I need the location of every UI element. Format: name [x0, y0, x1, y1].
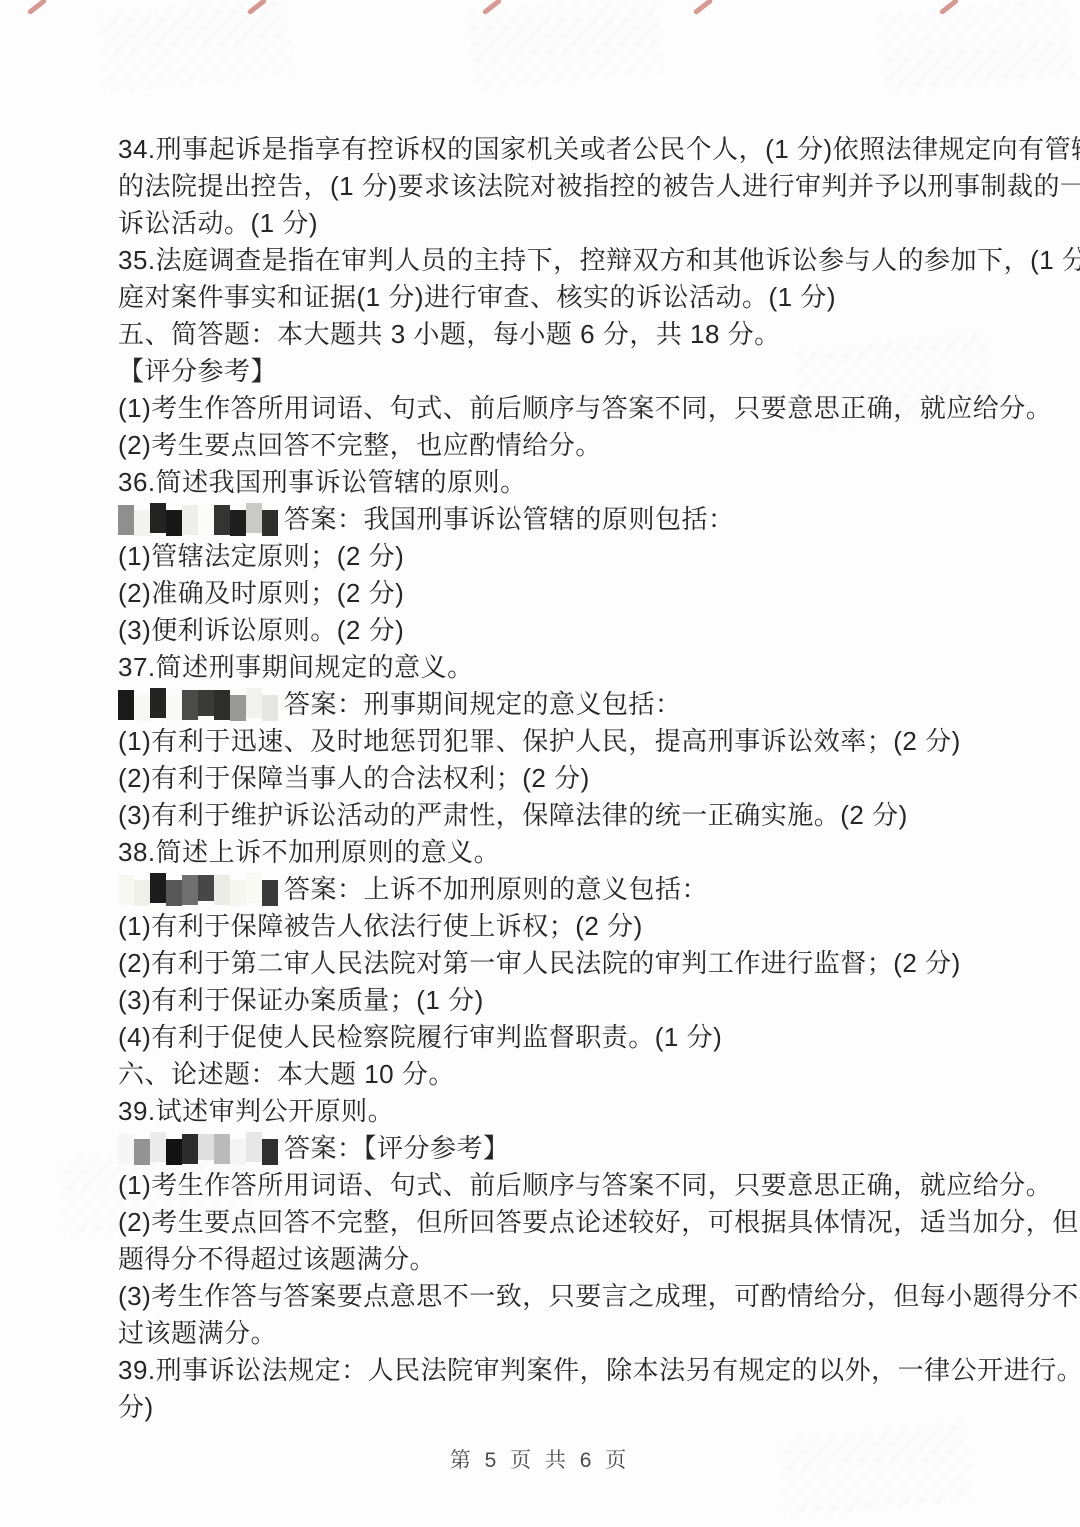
definition-34-line-2: 的法院提出控告，(1 分)要求该法院对被指控的被告人进行审判并予以刑事制裁的一种	[118, 168, 980, 205]
line-text: (3)有利于保证办案质量；(1 分)	[118, 982, 484, 1019]
line-text: 37.简述刑事期间规定的意义。	[118, 649, 474, 686]
line-text: 分)	[118, 1389, 154, 1426]
line-text: 过该题满分。	[118, 1315, 277, 1352]
answer-38-intro: 答案：上诉不加刑原则的意义包括：	[118, 871, 980, 908]
question-36: 36.简述我国刑事诉讼管辖的原则。	[118, 464, 980, 501]
redaction-mosaic	[118, 688, 278, 722]
line-text: 五、简答题：本大题共 3 小题，每小题 6 分，共 18 分。	[118, 316, 781, 353]
line-text: 35.法庭调查是指在审判人员的主持下，控辩双方和其他诉讼参与人的参加下，(1 分…	[118, 242, 1080, 279]
answer-36-intro: 答案：我国刑事诉讼管辖的原则包括：	[118, 501, 980, 538]
answer-38-point-4: (4)有利于促使人民检察院履行审判监督职责。(1 分)	[118, 1019, 980, 1056]
line-text: 答案：刑事期间规定的意义包括：	[284, 686, 682, 723]
line-text: 的法院提出控告，(1 分)要求该法院对被指控的被告人进行审判并予以刑事制裁的一种	[118, 168, 1080, 205]
line-text: 39.试述审判公开原则。	[118, 1093, 394, 1130]
line-text: (2)有利于第二审人民法院对第一审人民法院的审判工作进行监督；(2 分)	[118, 945, 961, 982]
answer-37-intro: 答案：刑事期间规定的意义包括：	[118, 686, 980, 723]
line-text: (3)便利诉讼原则。(2 分)	[118, 612, 404, 649]
scoring-note-1: (1)考生作答所用词语、句式、前后顺序与答案不同，只要意思正确，就应给分。	[118, 390, 980, 427]
line-text: (1)管辖法定原则；(2 分)	[118, 538, 404, 575]
answer-36-point-2: (2)准确及时原则；(2 分)	[118, 575, 980, 612]
redaction-mosaic	[118, 873, 278, 907]
line-text: (3)考生作答与答案要点意思不一致，只要言之成理，可酌情给分，但每小题得分不得超	[118, 1278, 1080, 1315]
scoring-reference-heading: 【评分参考】	[118, 353, 980, 390]
question-39: 39.试述审判公开原则。	[118, 1093, 980, 1130]
line-text: (4)有利于促使人民检察院履行审判监督职责。(1 分)	[118, 1019, 722, 1056]
question-37: 37.简述刑事期间规定的意义。	[118, 649, 980, 686]
answer-39-scoring-note-3a: (3)考生作答与答案要点意思不一致，只要言之成理，可酌情给分，但每小题得分不得超	[118, 1278, 980, 1315]
definition-35-line-2: 庭对案件事实和证据(1 分)进行审查、核实的诉讼活动。(1 分)	[118, 279, 980, 316]
answer-39-scoring-note-2a: (2)考生要点回答不完整，但所回答要点论述较好，可根据具体情况，适当加分，但每小	[118, 1204, 980, 1241]
answer-37-point-2: (2)有利于保障当事人的合法权利；(2 分)	[118, 760, 980, 797]
definition-35-line-1: 35.法庭调查是指在审判人员的主持下，控辩双方和其他诉讼参与人的参加下，(1 分…	[118, 242, 980, 279]
answer-39-body-line-2: 分)	[118, 1389, 980, 1426]
answer-38-point-2: (2)有利于第二审人民法院对第一审人民法院的审判工作进行监督；(2 分)	[118, 945, 980, 982]
line-text: 答案：上诉不加刑原则的意义包括：	[284, 871, 708, 908]
line-text: 答案：【评分参考】	[284, 1130, 510, 1167]
line-text: 34.刑事起诉是指享有控诉权的国家机关或者公民个人，(1 分)依照法律规定向有管…	[118, 131, 1080, 168]
line-text: (1)有利于保障被告人依法行使上诉权；(2 分)	[118, 908, 643, 945]
line-text: 六、论述题：本大题 10 分。	[118, 1056, 455, 1093]
redaction-mosaic	[118, 503, 278, 537]
definition-34-line-1: 34.刑事起诉是指享有控诉权的国家机关或者公民个人，(1 分)依照法律规定向有管…	[118, 131, 980, 168]
line-text: 36.简述我国刑事诉讼管辖的原则。	[118, 464, 527, 501]
line-text: 【评分参考】	[118, 353, 277, 390]
line-text: (2)考生要点回答不完整，也应酌情给分。	[118, 427, 602, 464]
answer-39-scoring-note-1: (1)考生作答所用词语、句式、前后顺序与答案不同，只要意思正确，就应给分。	[118, 1167, 980, 1204]
line-text: 38.简述上诉不加刑原则的意义。	[118, 834, 500, 871]
line-text: 庭对案件事实和证据(1 分)进行审查、核实的诉讼活动。(1 分)	[118, 279, 836, 316]
line-text: (1)考生作答所用词语、句式、前后顺序与答案不同，只要意思正确，就应给分。	[118, 390, 1052, 427]
answer-38-point-1: (1)有利于保障被告人依法行使上诉权；(2 分)	[118, 908, 980, 945]
page-number-footer: 第 5 页 共 6 页	[0, 1442, 1080, 1479]
section-5-heading: 五、简答题：本大题共 3 小题，每小题 6 分，共 18 分。	[118, 316, 980, 353]
line-text: (2)有利于保障当事人的合法权利；(2 分)	[118, 760, 590, 797]
line-text: (1)考生作答所用词语、句式、前后顺序与答案不同，只要意思正确，就应给分。	[118, 1167, 1052, 1204]
answer-37-point-1: (1)有利于迅速、及时地惩罚犯罪、保护人民，提高刑事诉讼效率；(2 分)	[118, 723, 980, 760]
section-6-heading: 六、论述题：本大题 10 分。	[118, 1056, 980, 1093]
redaction-mosaic	[118, 1132, 278, 1166]
question-38: 38.简述上诉不加刑原则的意义。	[118, 834, 980, 871]
answer-39-scoring-note-2b: 题得分不得超过该题满分。	[118, 1241, 980, 1278]
line-text: 39.刑事诉讼法规定：人民法院审判案件，除本法另有规定的以外，一律公开进行。(1	[118, 1352, 1080, 1389]
line-text: (1)有利于迅速、及时地惩罚犯罪、保护人民，提高刑事诉讼效率；(2 分)	[118, 723, 961, 760]
answer-38-point-3: (3)有利于保证办案质量；(1 分)	[118, 982, 980, 1019]
answer-36-point-1: (1)管辖法定原则；(2 分)	[118, 538, 980, 575]
scoring-note-2: (2)考生要点回答不完整，也应酌情给分。	[118, 427, 980, 464]
line-text: (3)有利于维护诉讼活动的严肃性，保障法律的统一正确实施。(2 分)	[118, 797, 908, 834]
answer-39-scoring-note-3b: 过该题满分。	[118, 1315, 980, 1352]
line-text: (2)准确及时原则；(2 分)	[118, 575, 404, 612]
document-body: 34.刑事起诉是指享有控诉权的国家机关或者公民个人，(1 分)依照法律规定向有管…	[0, 0, 1080, 1426]
definition-34-line-3: 诉讼活动。(1 分)	[118, 205, 980, 242]
answer-36-point-3: (3)便利诉讼原则。(2 分)	[118, 612, 980, 649]
answer-37-point-3: (3)有利于维护诉讼活动的严肃性，保障法律的统一正确实施。(2 分)	[118, 797, 980, 834]
line-text: 答案：我国刑事诉讼管辖的原则包括：	[284, 501, 735, 538]
answer-39-intro: 答案：【评分参考】	[118, 1130, 980, 1167]
line-text: 诉讼活动。(1 分)	[118, 205, 318, 242]
line-text: (2)考生要点回答不完整，但所回答要点论述较好，可根据具体情况，适当加分，但每小	[118, 1204, 1080, 1241]
answer-39-body-line-1: 39.刑事诉讼法规定：人民法院审判案件，除本法另有规定的以外，一律公开进行。(1	[118, 1352, 980, 1389]
line-text: 题得分不得超过该题满分。	[118, 1241, 436, 1278]
